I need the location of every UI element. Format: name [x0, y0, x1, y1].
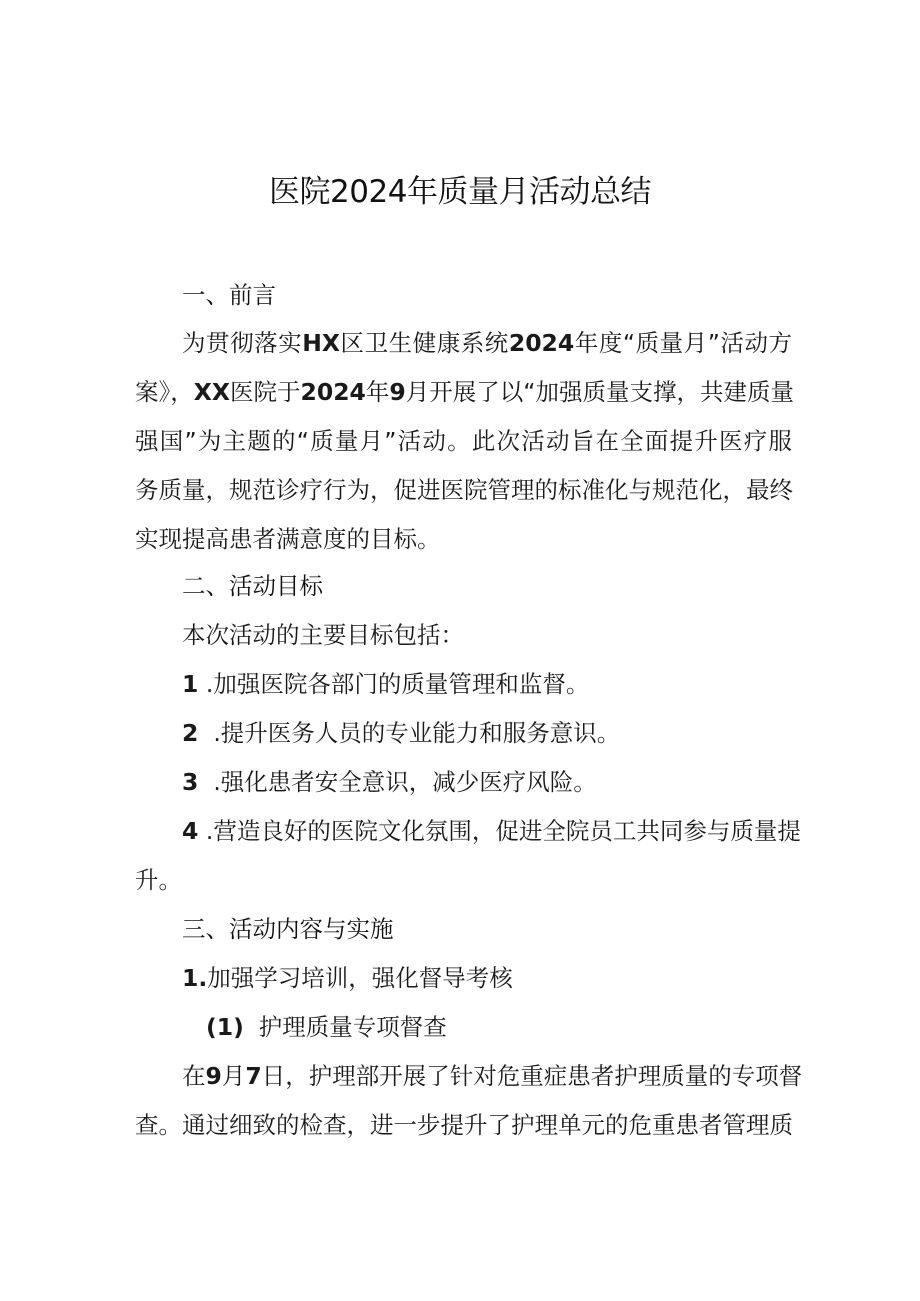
- goal-number: 3: [182, 768, 198, 796]
- text-run-bold: 9: [389, 378, 405, 406]
- text-run-bold: HX: [302, 329, 340, 357]
- text-run: 为贯彻落实: [182, 329, 302, 357]
- text-run: 年度“质量月”活动方: [574, 329, 792, 357]
- subsection-heading: 1.加强学习培训，强化督导考核: [182, 961, 513, 995]
- goals-intro: 本次活动的主要目标包括：: [182, 618, 464, 652]
- text-run-bold: 2024: [301, 378, 366, 406]
- paragraph-line: 实现提高患者满意度的目标。: [135, 522, 441, 556]
- goal-text: .提升医务人员的专业能力和服务意识。: [213, 719, 620, 747]
- section-heading-content: 三、活动内容与实施: [182, 912, 394, 946]
- text-run-bold: 2024: [509, 329, 574, 357]
- goal-text: .加强医院各部门的质量管理和监督。: [206, 670, 589, 698]
- text-run: 案》，: [135, 378, 194, 406]
- paragraph-line: 务质量，规范诊疗行为，促进医院管理的标准化与规范化，最终: [135, 473, 792, 507]
- section-heading-preface: 一、前言: [182, 278, 276, 312]
- goal-text: .营造良好的医院文化氛围，促进全院员工共同参与质量提: [206, 817, 801, 845]
- text-run: 日，护理部开展了针对危重症患者护理质量的专项督: [262, 1062, 803, 1090]
- text-run: 医院于: [230, 378, 301, 406]
- goal-text: .强化患者安全意识，减少医疗风险。: [213, 768, 596, 796]
- paragraph-line: 为贯彻落实HX区卫生健康系统2024年度“质量月”活动方: [182, 326, 792, 360]
- text-run: 月开展了以“加强质量支撑，共建质量: [406, 378, 794, 406]
- paragraph-line: 案》，XX医院于2024年9月开展了以“加强质量支撑，共建质量: [135, 375, 792, 409]
- text-run: 在: [182, 1062, 206, 1090]
- paragraph-line: 强国”为主题的“质量月”活动。此次活动旨在全面提升医疗服: [135, 424, 792, 458]
- text-run: 年: [366, 378, 390, 406]
- goal-item: 1 .加强医院各部门的质量管理和监督。: [182, 667, 589, 701]
- text-run: 区卫生健康系统: [340, 329, 509, 357]
- subsection-title: 加强学习培训，强化督导考核: [207, 964, 513, 992]
- goal-item-continuation: 升。: [135, 863, 182, 897]
- paragraph-line: 在9月7日，护理部开展了针对危重症患者护理质量的专项督: [182, 1059, 792, 1093]
- subsubsection-number: (1): [206, 1013, 244, 1041]
- document-title: 医院2024年质量月活动总结: [0, 170, 920, 214]
- section-heading-goals: 二、活动目标: [182, 569, 323, 603]
- subsubsection-heading: (1) 护理质量专项督查: [206, 1010, 447, 1044]
- goal-item: 4 .营造良好的医院文化氛围，促进全院员工共同参与质量提: [182, 814, 792, 848]
- subsection-number: 1.: [182, 964, 207, 992]
- goal-number: 4: [182, 817, 198, 845]
- goal-number: 2: [182, 719, 198, 747]
- paragraph-line: 查。通过细致的检查，进一步提升了护理单元的危重患者管理质: [135, 1108, 792, 1142]
- goal-item: 2 .提升医务人员的专业能力和服务意识。: [182, 716, 620, 750]
- text-run-bold: 7: [245, 1062, 261, 1090]
- subsubsection-title: 护理质量专项督查: [259, 1013, 447, 1041]
- document-page: 医院2024年质量月活动总结 一、前言 为贯彻落实HX区卫生健康系统2024年度…: [0, 0, 920, 1301]
- goal-number: 1: [182, 670, 198, 698]
- goal-item: 3 .强化患者安全意识，减少医疗风险。: [182, 765, 597, 799]
- text-run-bold: 9: [206, 1062, 222, 1090]
- text-run-bold: XX: [194, 378, 230, 406]
- text-run: 月: [222, 1062, 246, 1090]
